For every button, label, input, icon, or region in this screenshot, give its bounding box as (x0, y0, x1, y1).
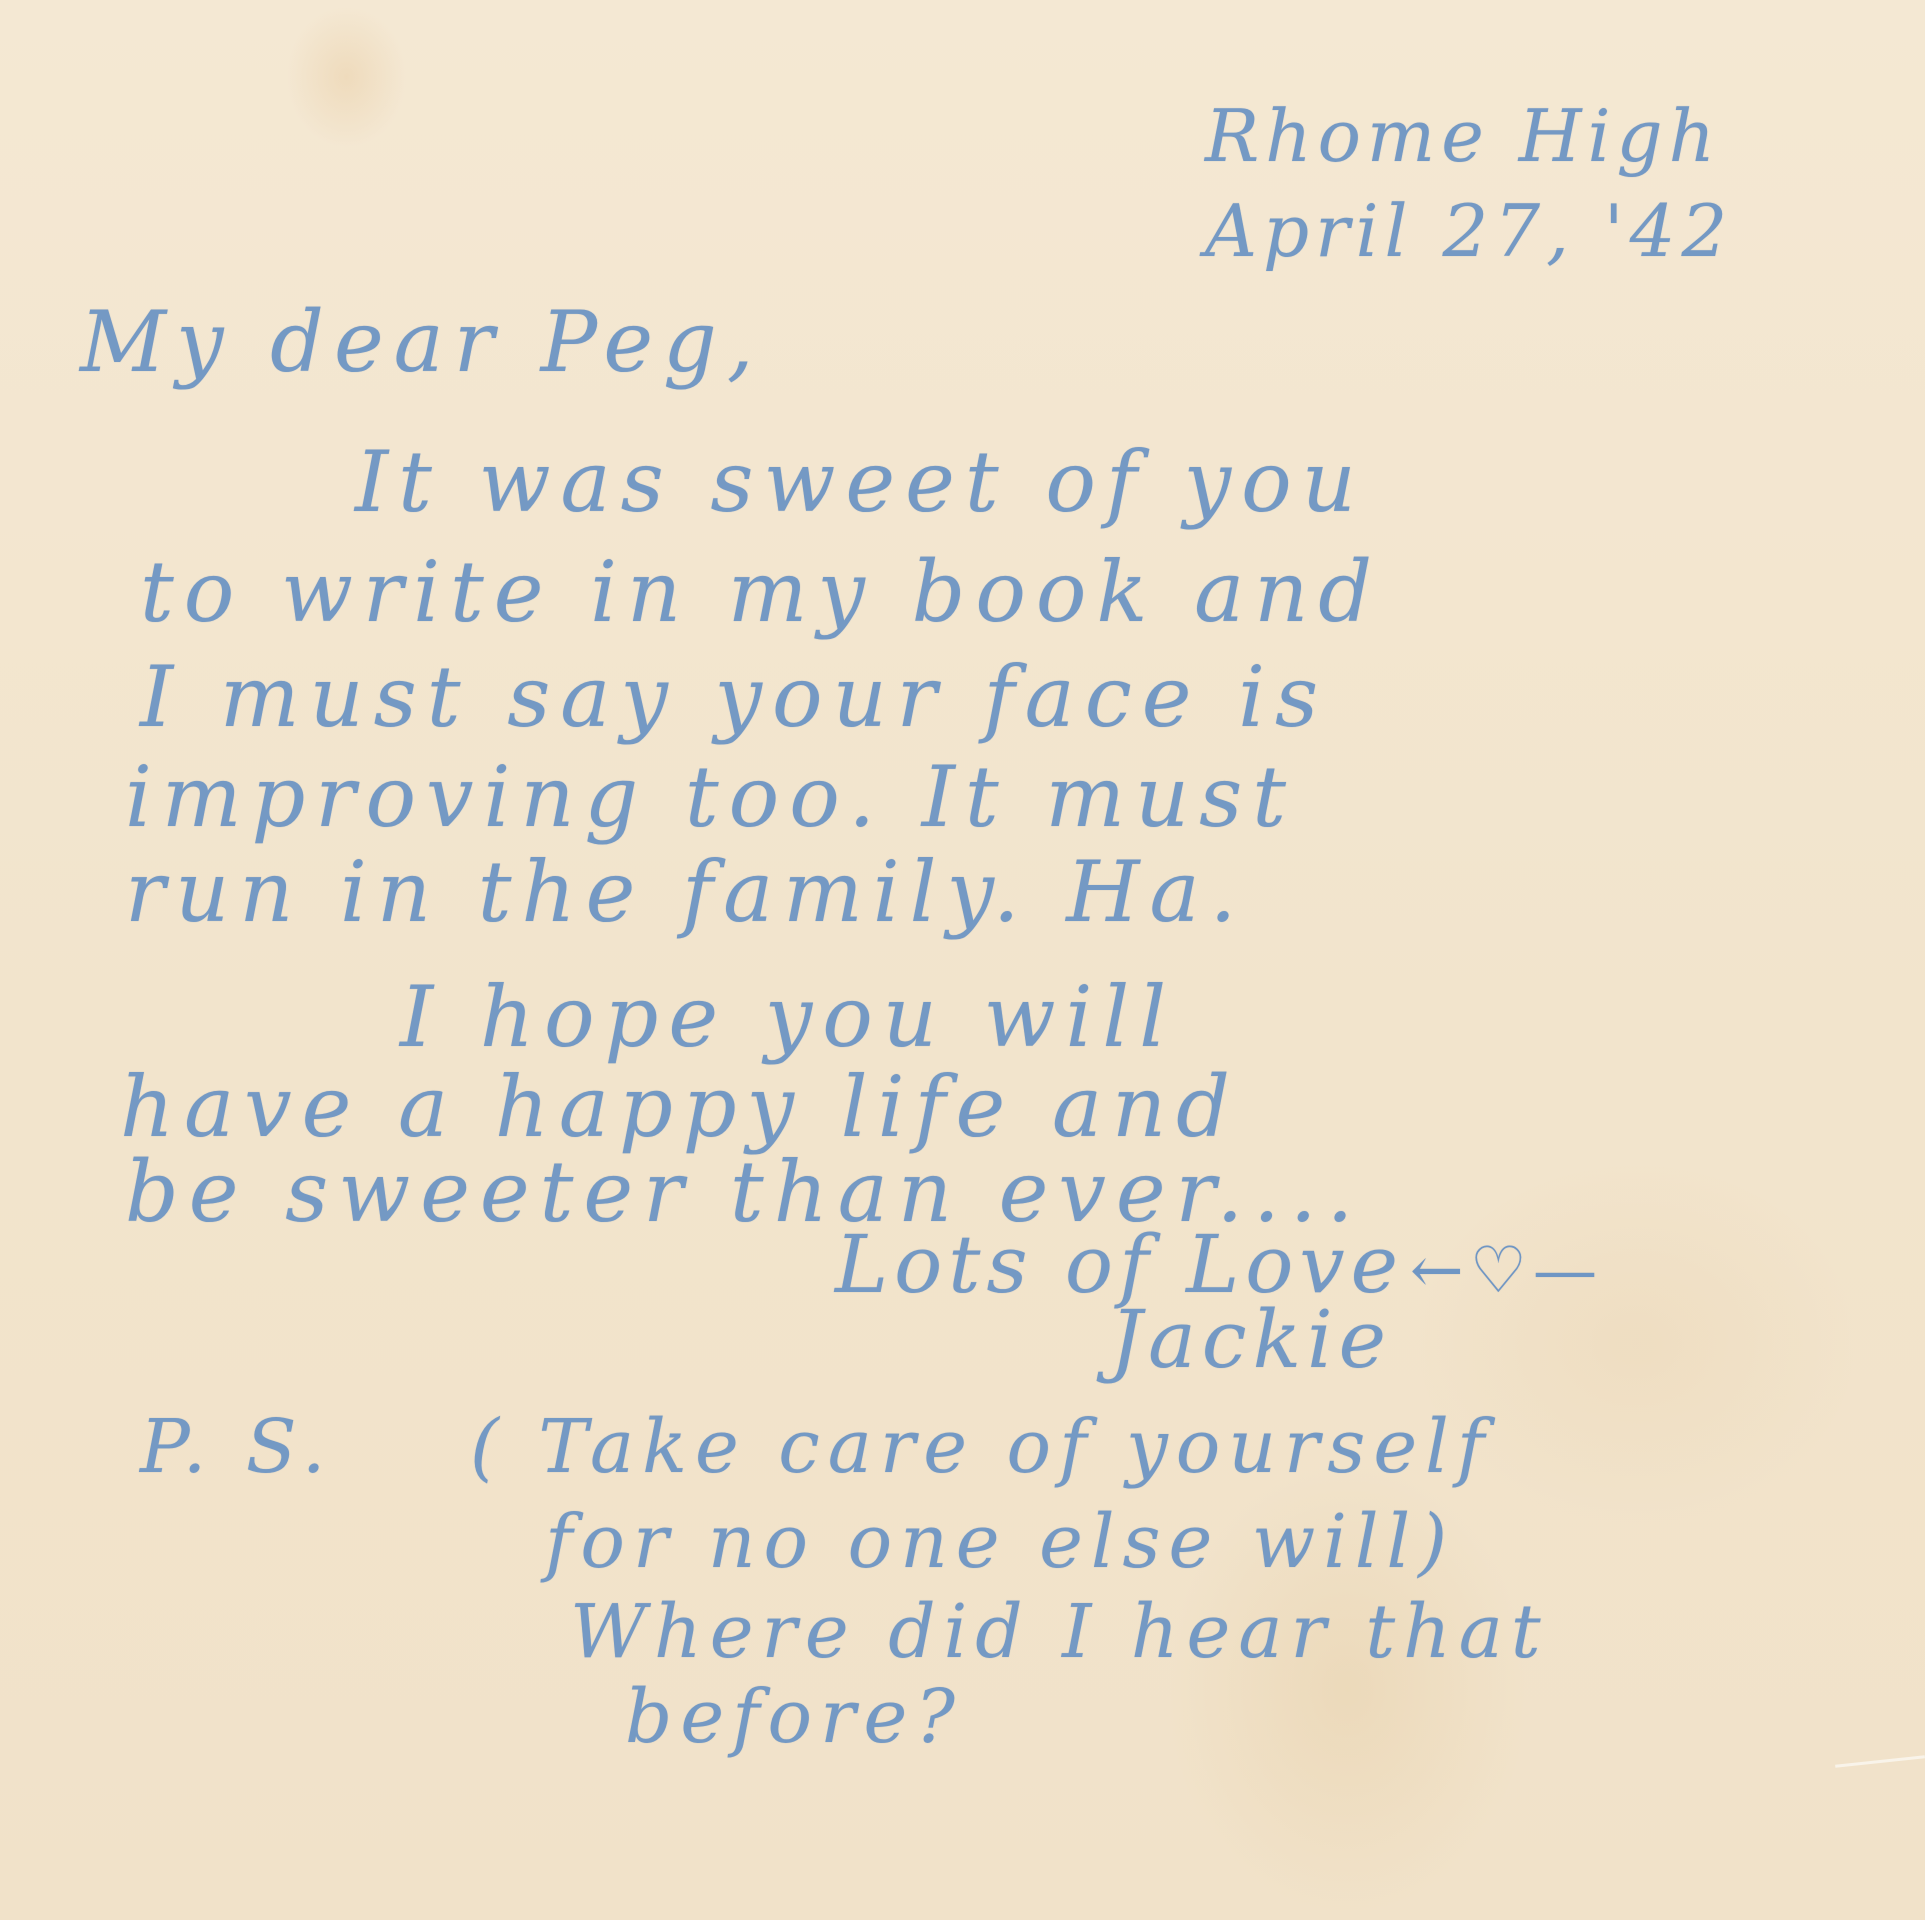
body-line: to write in my book and (140, 550, 1382, 634)
signature: Jackie (1110, 1300, 1392, 1380)
body-line: run in the family. Ha. (125, 850, 1246, 934)
salutation: My dear Peg, (80, 300, 764, 384)
postscript-label: P. S. (140, 1410, 333, 1484)
postscript-line: for no one else will) (545, 1505, 1455, 1579)
body-line: I must say your face is (140, 655, 1328, 739)
body-line: I hope you will (400, 975, 1176, 1059)
postscript-line: ( Take care of yourself (470, 1410, 1492, 1484)
heart-arrow-icon: ←♡— (1410, 1239, 1603, 1303)
body-line: improving too. It must (125, 755, 1296, 839)
body-line: have a happy life and (120, 1065, 1240, 1149)
body-line: It was sweet of you (355, 440, 1366, 524)
postscript-line: Where did I hear that (570, 1595, 1549, 1669)
header-place: Rhome High (1205, 100, 1721, 172)
header-date: April 27, '42 (1205, 195, 1733, 267)
postscript-line: before? (625, 1680, 963, 1754)
paper-crease (1835, 1755, 1925, 1767)
letter-page: Rhome High April 27, '42 My dear Peg, It… (0, 0, 1925, 1920)
